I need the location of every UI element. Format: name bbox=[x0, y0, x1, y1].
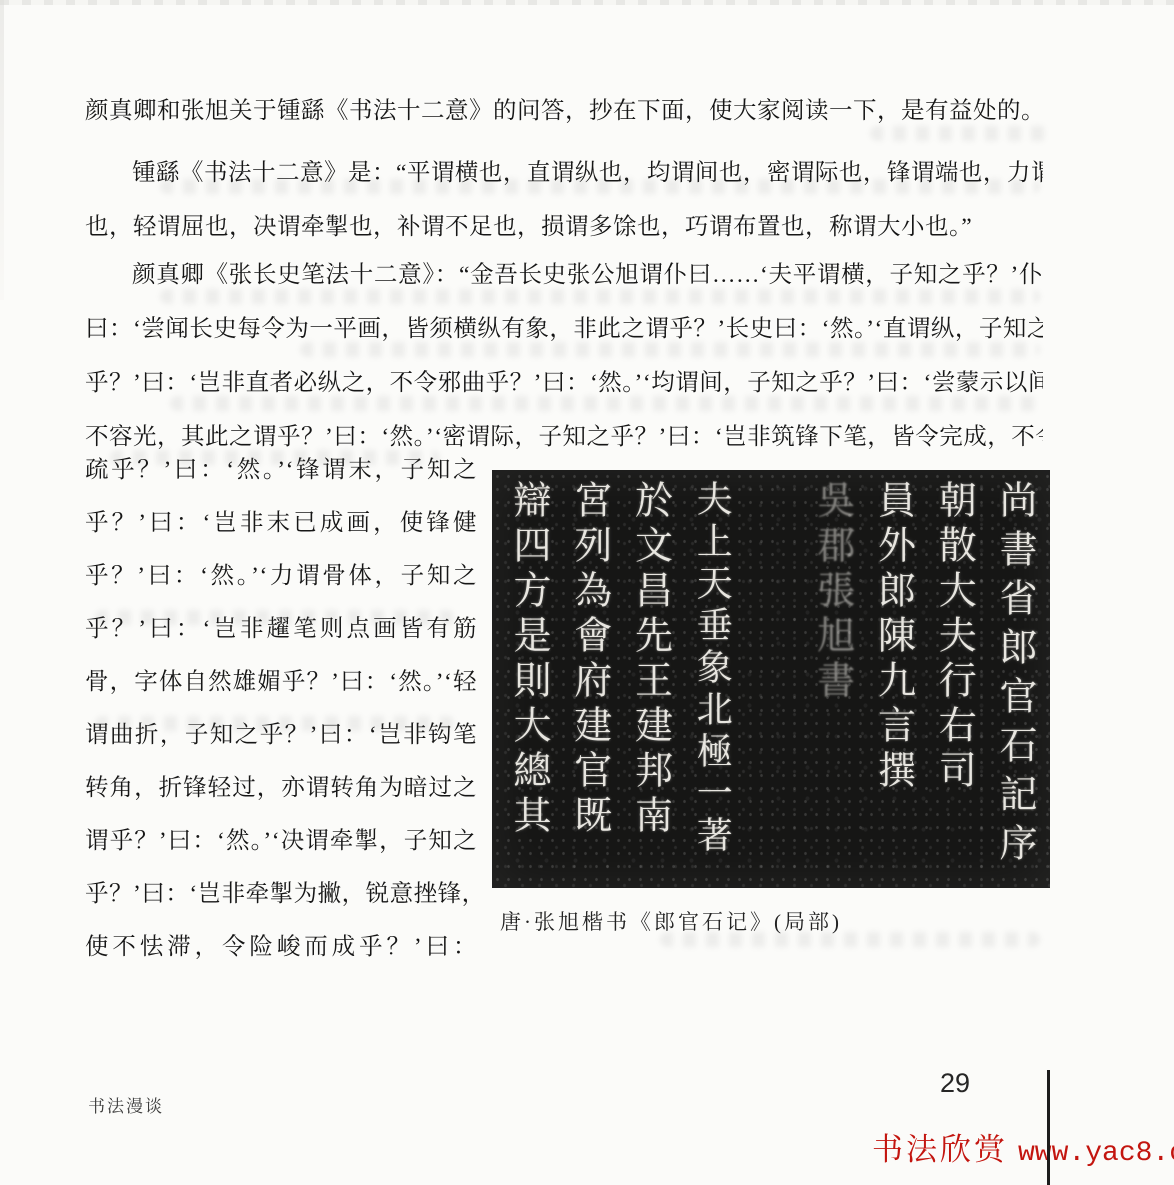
text-line: 疏乎？’曰：‘然。’‘锋谓末，子知之 bbox=[85, 444, 477, 497]
scanned-book-page: { "article": { "para1_lines": [ "颜真卿和张旭关… bbox=[0, 0, 1174, 1185]
rubbing-text-column: 朝散大夫行右司 bbox=[925, 480, 981, 882]
rubbing-text-column: 夫上天垂象北極一著 bbox=[682, 480, 738, 882]
text-line: 也，轻谓屈也，决谓牵掣也，补谓不足也，损谓多馀也，巧谓布置也，称谓大小也。” bbox=[85, 200, 1043, 254]
text-line: 使不怯滞，令险峻而成乎？’曰： bbox=[85, 921, 477, 974]
text-line: 乎？’曰：‘岂非直者必纵之，不令邪曲乎？’曰：‘然。’‘均谓间，子知之乎？’曰：… bbox=[85, 356, 1043, 410]
text-line: 乎？’曰：‘岂非趯笔则点画皆有筋 bbox=[85, 603, 477, 656]
text-line: 曰：‘尝闻长史每令为一平画，皆须横纵有象，非此之谓乎？’长史曰：‘然。’‘直谓纵… bbox=[85, 302, 1043, 356]
text-line: 乎？’曰：‘然。’‘力谓骨体，子知之 bbox=[85, 550, 477, 603]
text-line: 转角，折锋轻过，亦谓转角为暗过之 bbox=[85, 762, 477, 815]
watermark-url-text: www.yac8.com bbox=[1018, 1138, 1174, 1169]
scan-edge-artifact bbox=[0, 0, 4, 300]
text-line: 乎？’曰：‘岂非末已成画，使锋健 bbox=[85, 497, 477, 550]
text-line: 骨，字体自然雄媚乎？’曰：‘然。’‘轻 bbox=[85, 656, 477, 709]
footer-vertical-rule bbox=[1047, 1070, 1050, 1185]
text-line: 颜真卿《张长史笔法十二意》：“金吾长史张公旭谓仆曰……‘夫平谓横，子知之乎？’仆 bbox=[85, 248, 1043, 302]
footer-book-title: 书法漫谈 bbox=[88, 1092, 164, 1117]
paragraph-intro: 颜真卿和张旭关于锺繇《书法十二意》的问答，抄在下面，使大家阅读一下，是有益处的。 bbox=[85, 84, 1043, 138]
figure-caption: 唐·张旭楷书《郎官石记》(局部) bbox=[500, 906, 842, 936]
text-line: 谓曲折，子知之乎？’曰：‘岂非钩笔 bbox=[85, 709, 477, 762]
site-watermark: 书法欣赏www.yac8.com bbox=[872, 1124, 1174, 1169]
rubbing-text-column: 於文昌先王建邦南 bbox=[622, 480, 678, 882]
rubbing-text-column: 宮列為會府建官既 bbox=[561, 480, 617, 882]
text-line: 乎？’曰：‘岂非牵掣为撇，锐意挫锋， bbox=[85, 868, 477, 921]
calligraphy-rubbing-image: 尚書省郎官石記序朝散大夫行右司員外郎陳九言撰吳郡張旭書夫上天垂象北極一著於文昌先… bbox=[492, 470, 1050, 888]
text-line: 锺繇《书法十二意》是：“平谓横也，直谓纵也，均谓间也，密谓际也，锋谓端也，力谓体 bbox=[85, 146, 1043, 200]
rubbing-text-column: 尚書省郎官石記序 bbox=[986, 480, 1042, 882]
paragraph-zhongyao-twelve-meanings: 锺繇《书法十二意》是：“平谓横也，直谓纵也，均谓间也，密谓际也，锋谓端也，力谓体… bbox=[85, 146, 1043, 254]
rubbing-text-column bbox=[743, 480, 799, 882]
rubbing-text-column: 辯四方是則大總其 bbox=[500, 480, 556, 882]
scan-edge-artifact bbox=[0, 0, 1174, 5]
paragraph-yanzhenqing-dialogue-wrapped-column: 疏乎？’曰：‘然。’‘锋谓末，子知之乎？’曰：‘岂非末已成画，使锋健乎？’曰：‘… bbox=[85, 444, 477, 974]
rubbing-text-column: 吳郡張旭書 bbox=[804, 480, 860, 882]
text-line: 颜真卿和张旭关于锺繇《书法十二意》的问答，抄在下面，使大家阅读一下，是有益处的。 bbox=[85, 84, 1043, 138]
paragraph-yanzhenqing-dialogue-full-width: 颜真卿《张长史笔法十二意》：“金吾长史张公旭谓仆曰……‘夫平谓横，子知之乎？’仆… bbox=[85, 248, 1043, 464]
text-line: 谓乎？’曰：‘然。’‘决谓牵掣，子知之 bbox=[85, 815, 477, 868]
page-number: 29 bbox=[940, 1068, 970, 1099]
rubbing-text-column: 員外郎陳九言撰 bbox=[865, 480, 921, 882]
watermark-chinese-text: 书法欣赏 bbox=[872, 1132, 1008, 1167]
